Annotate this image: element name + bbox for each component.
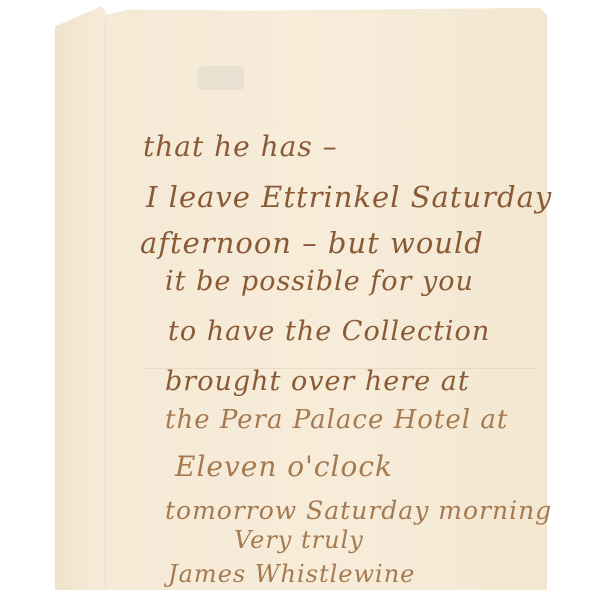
- letter-line-3: afternoon – but would: [140, 226, 484, 260]
- handwritten-text: that he has – I leave Ettrinkel Saturday…: [0, 0, 600, 600]
- letter-closing: Very truly: [234, 526, 364, 554]
- letter-line-9: tomorrow Saturday morning: [165, 496, 552, 525]
- letter-line-1: that he has –: [143, 130, 338, 163]
- letter-line-6: brought over here at: [165, 366, 470, 397]
- letter-line-8: Eleven o'clock: [175, 450, 393, 483]
- letter-line-5: to have the Collection: [168, 316, 490, 347]
- letter-line-4: it be possible for you: [165, 266, 474, 297]
- letter-signature: James Whistlewine: [168, 560, 415, 588]
- letter-line-7: the Pera Palace Hotel at: [165, 405, 508, 435]
- letter-line-2: I leave Ettrinkel Saturday: [146, 180, 552, 214]
